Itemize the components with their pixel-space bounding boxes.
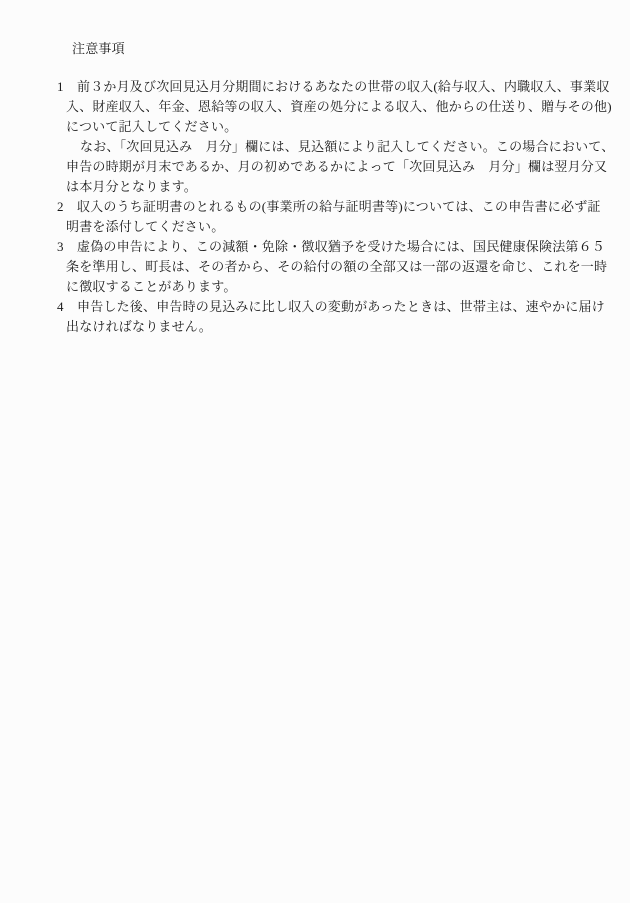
note-line: 明書を添付してください。: [66, 217, 630, 237]
page-title: 注意事項: [72, 39, 630, 59]
item-number: 2: [57, 197, 77, 217]
note-line-text: 前３か月及び次回見込月分期間におけるあなたの世帯の収入(給与収入、内職収入、事業…: [77, 79, 610, 94]
document-page: 注意事項 1前３か月及び次回見込月分期間におけるあなたの世帯の収入(給与収入、内…: [0, 0, 630, 903]
note-item-4: 4申告した後、申告時の見込みに比し収入の変動があったときは、世帯主は、速やかに届…: [0, 297, 630, 337]
item-number: 1: [57, 77, 77, 97]
note-line: 申告の時期が月末であるか、月の初めであるかによって「次回見込み 月分」欄は翌月分…: [66, 157, 630, 177]
note-line-text: 申告した後、申告時の見込みに比し収入の変動があったときは、世帯主は、速やかに届け: [77, 299, 605, 314]
note-line: について記入してください。: [66, 117, 630, 137]
note-line-text: 収入のうち証明書のとれるもの(事業所の給与証明書等)については、この申告書に必ず…: [77, 199, 601, 214]
note-line: は本月分となります。: [66, 177, 630, 197]
item-number: 3: [57, 237, 77, 257]
note-line: 3虚偽の申告により、この減額・免除・徴収猶予を受けた場合には、国民健康保険法第６…: [57, 237, 630, 257]
note-line: 2収入のうち証明書のとれるもの(事業所の給与証明書等)については、この申告書に必…: [57, 197, 630, 217]
note-line: 1前３か月及び次回見込月分期間におけるあなたの世帯の収入(給与収入、内職収入、事…: [57, 77, 630, 97]
note-line: 入、財産収入、年金、恩給等の収入、資産の処分による収入、他からの仕送り、贈与その…: [66, 97, 630, 117]
note-item-3: 3虚偽の申告により、この減額・免除・徴収猶予を受けた場合には、国民健康保険法第６…: [0, 237, 630, 297]
note-item-2: 2収入のうち証明書のとれるもの(事業所の給与証明書等)については、この申告書に必…: [0, 197, 630, 237]
note-line: に徴収することがあります。: [66, 277, 630, 297]
note-line: 条を準用し、町長は、その者から、その給付の額の全部又は一部の返還を命じ、これを一…: [66, 257, 630, 277]
note-line: なお、「次回見込み 月分」欄には、見込額により記入してください。この場合において…: [80, 137, 630, 157]
note-item-1: 1前３か月及び次回見込月分期間におけるあなたの世帯の収入(給与収入、内職収入、事…: [0, 77, 630, 197]
note-line: 4申告した後、申告時の見込みに比し収入の変動があったときは、世帯主は、速やかに届…: [57, 297, 630, 317]
note-line-text: 虚偽の申告により、この減額・免除・徴収猶予を受けた場合には、国民健康保険法第６５: [77, 239, 605, 254]
item-number: 4: [57, 297, 77, 317]
note-line: 出なければなりません。: [66, 317, 630, 337]
